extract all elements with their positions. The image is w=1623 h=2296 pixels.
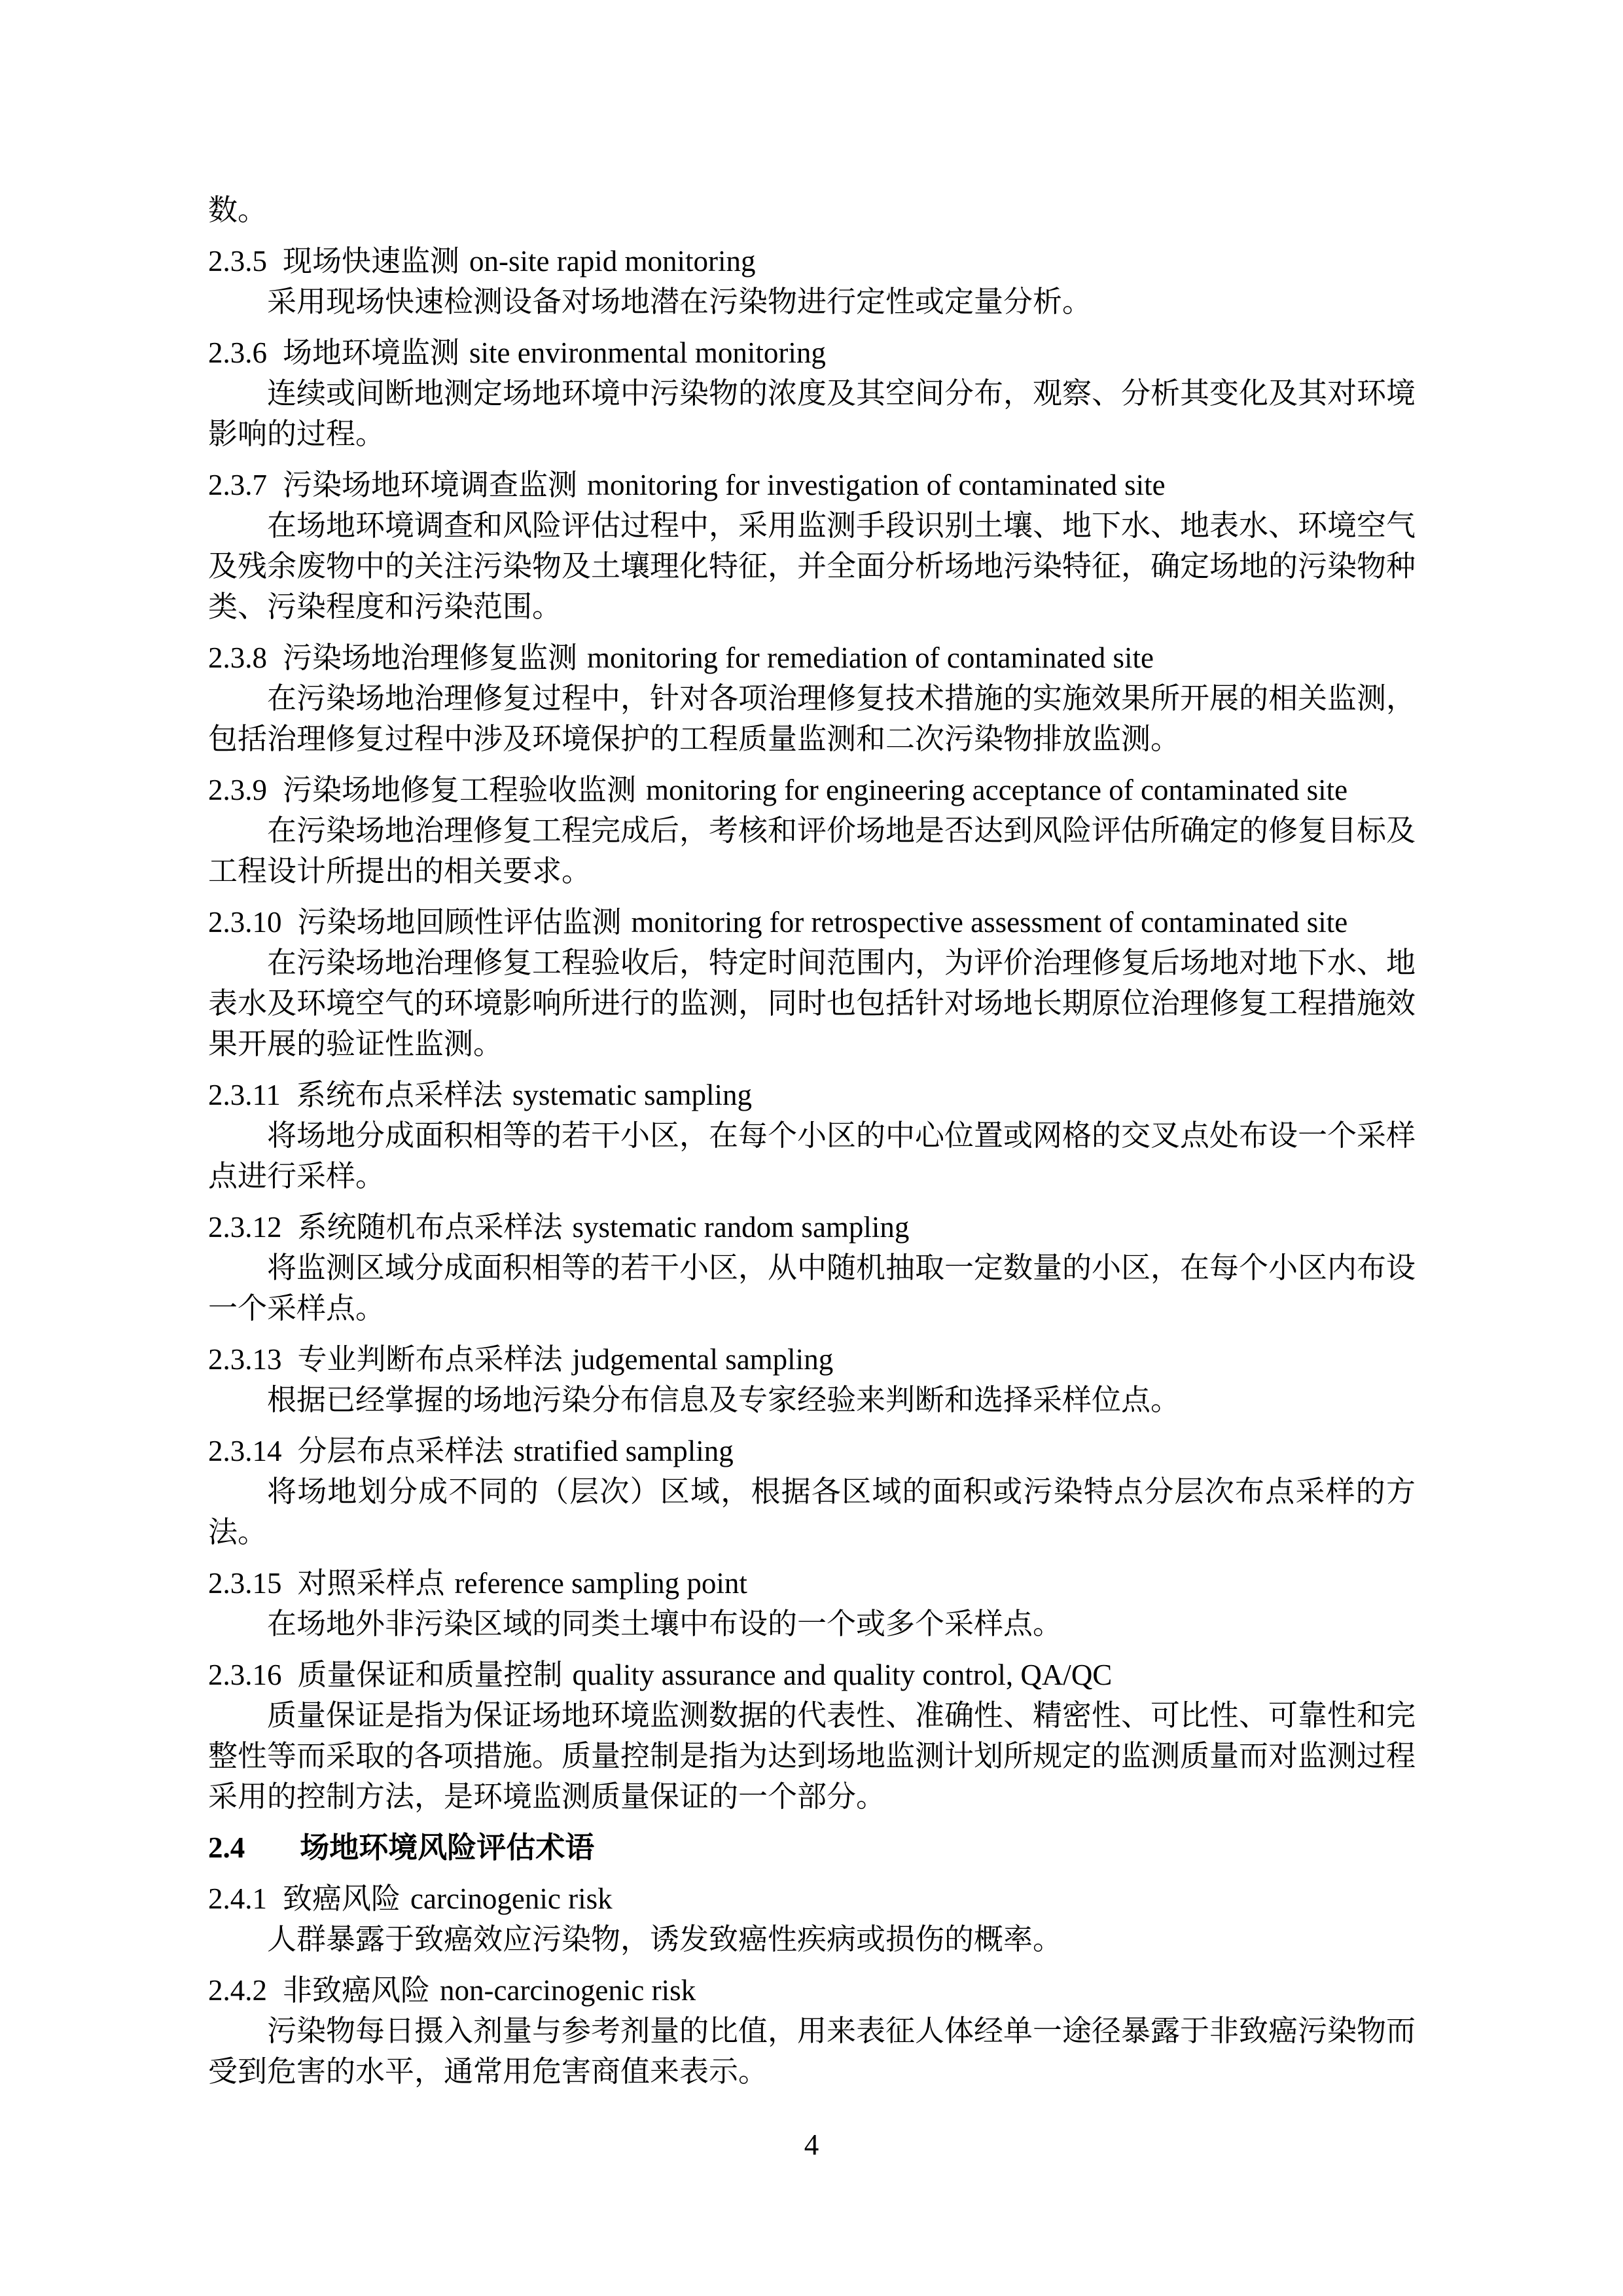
- term-definition-2-3-10: 在污染场地治理修复工程验收后，特定时间范围内，为评价治理修复后场地对地下水、地表…: [208, 942, 1416, 1064]
- term-definition-2-3-14: 将场地划分成不同的（层次）区域，根据各区域的面积或污染特点分层次布点采样的方法。: [208, 1471, 1416, 1552]
- term-title-en: on-site rapid monitoring: [469, 245, 755, 278]
- term-number: 2.3.15: [208, 1567, 282, 1600]
- term-title-en: stratified sampling: [514, 1435, 734, 1467]
- term-title-zh: 污染场地治理修复监测: [283, 641, 577, 674]
- term-definition-2-3-12: 将监测区域分成面积相等的若干小区，从中随机抽取一定数量的小区，在每个小区内布设一…: [208, 1247, 1416, 1329]
- section-number: 2.4: [208, 1831, 245, 1864]
- term-title-en: judgemental sampling: [573, 1343, 834, 1376]
- term-heading-2-3-5: 2.3.5现场快速监测on-site rapid monitoring: [208, 241, 1416, 281]
- term-heading-2-3-8: 2.3.8污染场地治理修复监测monitoring for remediatio…: [208, 637, 1416, 678]
- term-definition-2-4-2: 污染物每日摄入剂量与参考剂量的比值，用来表征人体经单一途径暴露于非致癌污染物而受…: [208, 2011, 1416, 2092]
- term-title-en: quality assurance and quality control, Q…: [573, 1659, 1113, 1691]
- term-number: 2.4.2: [208, 1974, 267, 2007]
- term-definition-2-4-1: 人群暴露于致癌效应污染物，诱发致癌性疾病或损伤的概率。: [208, 1919, 1416, 1960]
- term-definition-2-3-8: 在污染场地治理修复过程中，针对各项治理修复技术措施的实施效果所开展的相关监测，包…: [208, 678, 1416, 759]
- term-heading-2-3-6: 2.3.6场地环境监测site environmental monitoring: [208, 332, 1416, 373]
- term-title-en: non-carcinogenic risk: [440, 1974, 696, 2007]
- term-number: 2.3.8: [208, 641, 267, 674]
- term-number: 2.3.16: [208, 1659, 282, 1691]
- term-number: 2.4.1: [208, 1882, 267, 1915]
- term-title-en: reference sampling point: [455, 1567, 747, 1600]
- term-number: 2.3.11: [208, 1079, 281, 1111]
- term-number: 2.3.9: [208, 774, 267, 806]
- term-title-zh: 污染场地环境调查监测: [283, 469, 577, 501]
- document-page: 数。 2.3.5现场快速监测on-site rapid monitoring 采…: [0, 0, 1623, 2296]
- term-number: 2.3.5: [208, 245, 267, 278]
- term-title-en: site environmental monitoring: [469, 336, 826, 369]
- term-definition-2-3-13: 根据已经掌握的场地污染分布信息及专家经验来判断和选择采样位点。: [208, 1380, 1416, 1420]
- term-title-en: monitoring for remediation of contaminat…: [587, 641, 1154, 674]
- term-title-zh: 专业判断布点采样法: [298, 1343, 563, 1376]
- term-definition-2-3-7: 在场地环境调查和风险评估过程中，采用监测手段识别土壤、地下水、地表水、环境空气及…: [208, 505, 1416, 627]
- term-title-en: systematic random sampling: [573, 1211, 910, 1244]
- term-definition-2-3-5: 采用现场快速检测设备对场地潜在污染物进行定性或定量分析。: [208, 281, 1416, 322]
- term-number: 2.3.7: [208, 469, 267, 501]
- term-title-en: monitoring for engineering acceptance of…: [646, 774, 1347, 806]
- term-heading-2-3-9: 2.3.9污染场地修复工程验收监测monitoring for engineer…: [208, 770, 1416, 810]
- term-title-zh: 非致癌风险: [283, 1974, 430, 2007]
- term-heading-2-3-13: 2.3.13专业判断布点采样法judgemental sampling: [208, 1339, 1416, 1380]
- term-definition-2-3-11: 将场地分成面积相等的若干小区，在每个小区的中心位置或网格的交叉点处布设一个采样点…: [208, 1115, 1416, 1196]
- term-definition-2-3-9: 在污染场地治理修复工程完成后，考核和评价场地是否达到风险评估所确定的修复目标及工…: [208, 810, 1416, 891]
- term-heading-2-3-11: 2.3.11系统布点采样法systematic sampling: [208, 1075, 1416, 1115]
- term-heading-2-3-14: 2.3.14分层布点采样法stratified sampling: [208, 1431, 1416, 1471]
- term-heading-2-3-15: 2.3.15对照采样点reference sampling point: [208, 1563, 1416, 1604]
- paragraph-continuation: 数。: [208, 190, 1416, 230]
- term-title-en: systematic sampling: [512, 1079, 752, 1111]
- term-heading-2-3-12: 2.3.12系统随机布点采样法systematic random samplin…: [208, 1207, 1416, 1247]
- term-title-zh: 质量保证和质量控制: [298, 1659, 563, 1691]
- term-number: 2.3.13: [208, 1343, 282, 1376]
- term-title-zh: 分层布点采样法: [298, 1435, 504, 1467]
- term-number: 2.3.10: [208, 906, 282, 939]
- term-title-zh: 场地环境监测: [283, 336, 459, 369]
- term-heading-2-3-16: 2.3.16质量保证和质量控制quality assurance and qua…: [208, 1655, 1416, 1695]
- section-title: 场地环境风险评估术语: [300, 1831, 594, 1864]
- page-content: 数。 2.3.5现场快速监测on-site rapid monitoring 采…: [208, 190, 1416, 2092]
- term-number: 2.3.14: [208, 1435, 282, 1467]
- term-title-zh: 致癌风险: [283, 1882, 401, 1915]
- section-heading-2-4: 2.4场地环境风险评估术语: [208, 1827, 1416, 1868]
- term-definition-2-3-16: 质量保证是指为保证场地环境监测数据的代表性、准确性、精密性、可比性、可靠性和完整…: [208, 1695, 1416, 1817]
- term-heading-2-3-7: 2.3.7污染场地环境调查监测monitoring for investigat…: [208, 465, 1416, 505]
- term-definition-2-3-15: 在场地外非污染区域的同类土壤中布设的一个或多个采样点。: [208, 1604, 1416, 1644]
- term-title-zh: 污染场地回顾性评估监测: [298, 906, 622, 939]
- term-heading-2-4-1: 2.4.1致癌风险carcinogenic risk: [208, 1878, 1416, 1919]
- term-title-en: carcinogenic risk: [410, 1882, 613, 1915]
- term-title-zh: 对照采样点: [298, 1567, 445, 1600]
- term-number: 2.3.6: [208, 336, 267, 369]
- term-heading-2-3-10: 2.3.10污染场地回顾性评估监测monitoring for retrospe…: [208, 902, 1416, 942]
- term-title-zh: 系统随机布点采样法: [298, 1211, 563, 1244]
- term-title-zh: 污染场地修复工程验收监测: [283, 774, 636, 806]
- term-number: 2.3.12: [208, 1211, 282, 1244]
- term-title-en: monitoring for retrospective assessment …: [632, 906, 1348, 939]
- page-number: 4: [0, 2128, 1623, 2161]
- term-definition-2-3-6: 连续或间断地测定场地环境中污染物的浓度及其空间分布，观察、分析其变化及其对环境影…: [208, 373, 1416, 454]
- term-title-zh: 系统布点采样法: [296, 1079, 503, 1111]
- term-title-en: monitoring for investigation of contamin…: [587, 469, 1166, 501]
- term-title-zh: 现场快速监测: [283, 245, 459, 278]
- term-heading-2-4-2: 2.4.2非致癌风险non-carcinogenic risk: [208, 1970, 1416, 2011]
